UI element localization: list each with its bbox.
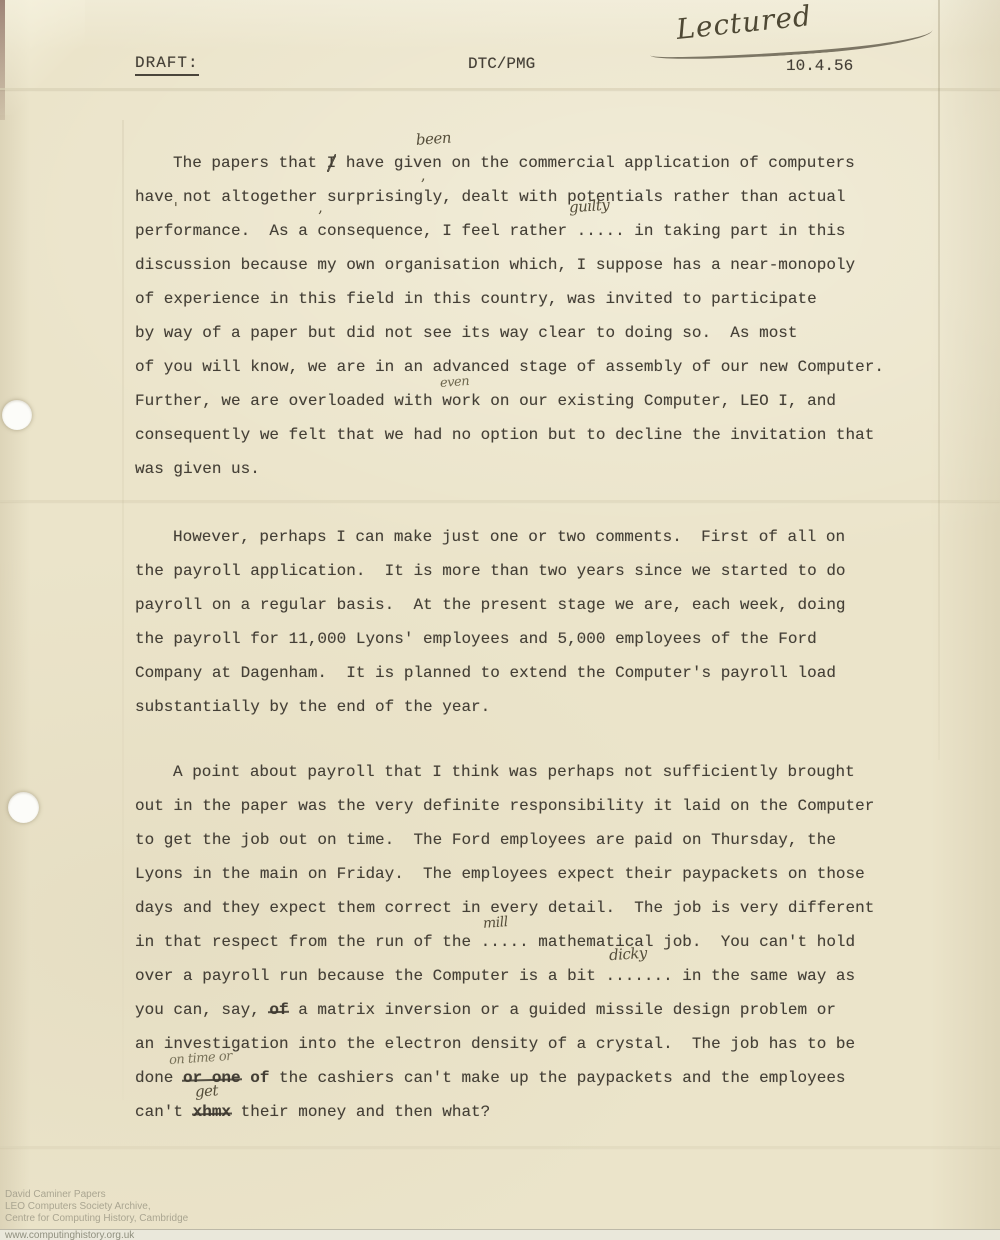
struck-text: of xyxy=(269,1001,288,1019)
typed-line: in that respect from the run of the mill… xyxy=(135,925,935,959)
typed-line: was given us. xyxy=(135,452,935,486)
handwritten-insertion: guilty xyxy=(568,198,609,216)
handwritten-insertion: get xyxy=(194,1083,218,1100)
handwritten-insertion: been xyxy=(377,130,451,150)
text-segment: given on the commercial application of c… xyxy=(394,154,855,172)
scan-bottom-edge xyxy=(0,1229,1000,1240)
text-segment: work xyxy=(442,392,480,410)
text-segment: you can, say, xyxy=(135,1001,269,1019)
typed-line: the payroll for 11,000 Lyons' employees … xyxy=(135,622,935,656)
horizontal-crease xyxy=(0,1146,1000,1148)
typed-line: A point about payroll that I think was p… xyxy=(135,755,935,789)
vertical-crease xyxy=(122,120,124,1100)
paragraph-1: The papers that I have been,given on the… xyxy=(135,146,935,486)
document-date: 10.4.56 xyxy=(786,57,853,75)
typed-dots: ....... xyxy=(605,967,672,985)
text-segment: have xyxy=(135,188,173,206)
handwritten-insertion: even xyxy=(440,375,470,390)
insertion-anchor: mill..... xyxy=(481,933,529,951)
text-segment: on our existing Computer, LEO I, and xyxy=(481,392,836,410)
typed-dots: ..... xyxy=(481,933,529,951)
left-edge-binding-mark xyxy=(0,0,5,120)
insertion-anchor: evenwork xyxy=(442,392,480,410)
text-segment: not altogether xyxy=(173,188,317,206)
text-segment: the cashiers can't make up the paypacket… xyxy=(269,1069,845,1087)
text-segment: a matrix inversion or a guided missile d… xyxy=(289,1001,836,1019)
horizontal-crease xyxy=(0,500,1000,502)
typed-line: Company at Dagenham. It is planned to ex… xyxy=(135,656,935,690)
typed-line: The papers that I have been,given on the… xyxy=(135,146,935,180)
typed-line: you can, say, of a matrix inversion or a… xyxy=(135,993,935,1027)
insertion-anchor: been,given on the commercial application… xyxy=(394,154,855,172)
paragraph-2: However, perhaps I can make just one or … xyxy=(135,520,935,724)
horizontal-crease xyxy=(0,88,1000,90)
vertical-crease xyxy=(938,0,940,760)
text-segment: in taking part in this xyxy=(625,222,846,240)
punch-hole xyxy=(8,792,39,823)
insertion-anchor: not altogether, xyxy=(173,188,317,206)
typed-line: days and they expect them correct in eve… xyxy=(135,891,935,925)
text-segment: Further, we are overloaded with xyxy=(135,392,442,410)
typed-line: of experience in this field in this coun… xyxy=(135,282,935,316)
watermark-line: Centre for Computing History, Cambridge xyxy=(5,1213,188,1224)
text-segment: done xyxy=(135,1069,183,1087)
watermark-url: www.computinghistory.org.uk xyxy=(5,1230,134,1240)
struck-text: I xyxy=(327,154,337,172)
typed-line: can't getxhmx their money and then what? xyxy=(135,1095,935,1129)
text-segment: in that respect from the run of the xyxy=(135,933,481,951)
text-segment: The papers that xyxy=(173,154,327,172)
typed-line: by way of a paper but did not see its wa… xyxy=(135,316,935,350)
typed-line: discussion because my own organisation w… xyxy=(135,248,935,282)
typed-line: of you will know, we are in an advanced … xyxy=(135,350,935,384)
scanned-document-page: DRAFT: DTC/PMG 10.4.56 Lectured The pape… xyxy=(0,0,1000,1240)
text-segment: of xyxy=(241,1069,270,1087)
insertion-anchor: getxhmx xyxy=(193,1103,231,1121)
typed-line: over a payroll run because the Computer … xyxy=(135,959,935,993)
insertion-anchor: have' xyxy=(135,188,173,206)
typed-line: Further, we are overloaded with evenwork… xyxy=(135,384,935,418)
paragraph-3: A point about payroll that I think was p… xyxy=(135,755,935,1129)
typed-line: consequently we felt that we had no opti… xyxy=(135,418,935,452)
handwritten-insertion: dicky xyxy=(609,946,648,964)
inserted-comma-mark: , xyxy=(318,200,322,215)
typed-dots: ..... xyxy=(577,222,625,240)
draft-label: DRAFT: xyxy=(135,54,199,76)
text-segment: performance. As a consequence, I feel ra… xyxy=(135,222,577,240)
insertion-anchor: guilty..... xyxy=(577,222,625,240)
text-segment: their money and then what? xyxy=(231,1103,490,1121)
struck-text: xhmx xyxy=(193,1103,231,1121)
paper-corner-fold xyxy=(0,0,85,115)
handwritten-insertion: mill xyxy=(482,915,508,931)
reference-code: DTC/PMG xyxy=(468,55,535,73)
typed-line: done on time oror one of the cashiers ca… xyxy=(135,1061,935,1095)
punch-hole xyxy=(2,400,32,430)
watermark-line: David Caminer Papers xyxy=(5,1189,106,1200)
typed-line: out in the paper was the very definite r… xyxy=(135,789,935,823)
typed-line: to get the job out on time. The Ford emp… xyxy=(135,823,935,857)
handwritten-insertion: on time or xyxy=(169,1050,233,1067)
text-segment: in the same way as xyxy=(673,967,855,985)
typed-line: Lyons in the main on Friday. The employe… xyxy=(135,857,935,891)
text-segment: mathematical job. You can't hold xyxy=(529,933,855,951)
watermark-line: LEO Computers Society Archive, xyxy=(5,1201,151,1212)
typed-line: substantially by the end of the year. xyxy=(135,690,935,724)
text-segment: over a payroll run because the Computer … xyxy=(135,967,605,985)
typed-line: an investigation into the electron densi… xyxy=(135,1027,935,1061)
typed-line: payroll on a regular basis. At the prese… xyxy=(135,588,935,622)
typed-line: performance. As a consequence, I feel ra… xyxy=(135,214,935,248)
text-segment: can't xyxy=(135,1103,193,1121)
typed-line: have' not altogether, surprisingly, deal… xyxy=(135,180,935,214)
typed-line: However, perhaps I can make just one or … xyxy=(135,520,935,554)
insertion-anchor: dicky....... xyxy=(605,967,672,985)
typed-line: the payroll application. It is more than… xyxy=(135,554,935,588)
